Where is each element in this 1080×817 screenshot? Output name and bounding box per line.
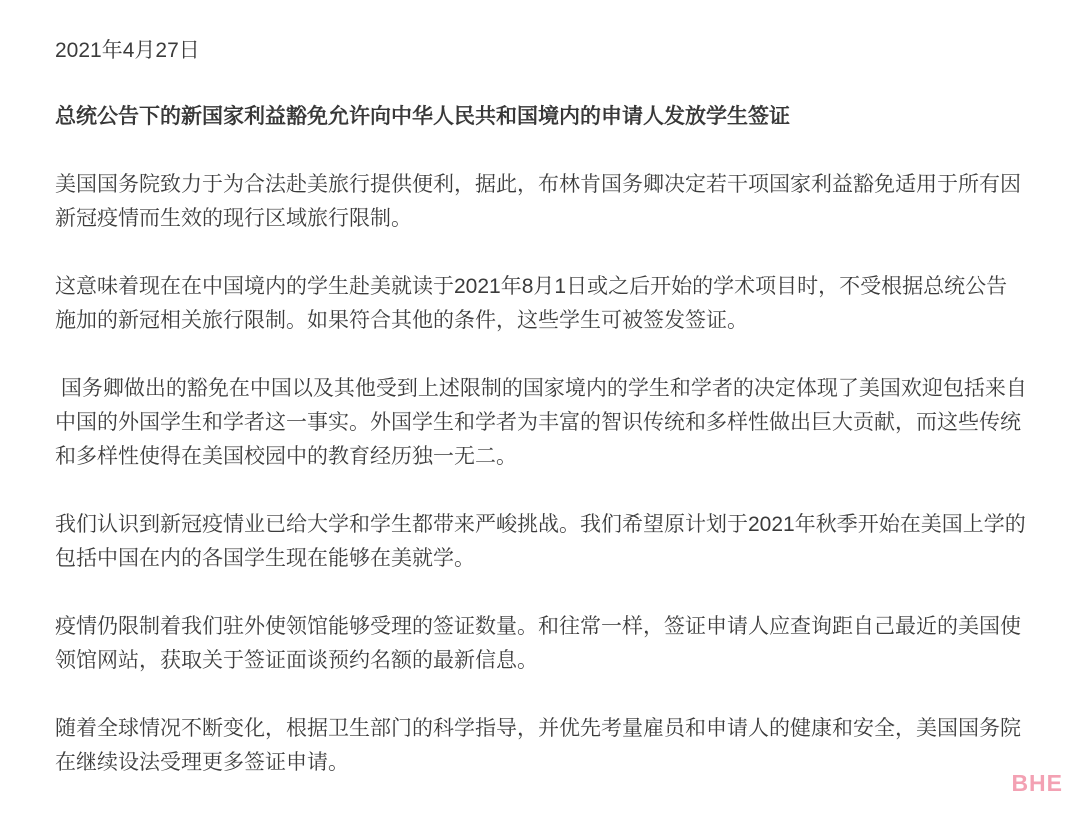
paragraph-5: 疫情仍限制着我们驻外使领馆能够受理的签证数量。和往常一样，签证申请人应查询距自己… [55, 610, 1028, 678]
bhe-watermark-logo: BHE [1011, 770, 1063, 797]
paragraph-6: 随着全球情况不断变化，根据卫生部门的科学指导，并优先考量雇员和申请人的健康和安全… [55, 712, 1028, 780]
document-title: 总统公告下的新国家利益豁免允许向中华人民共和国境内的申请人发放学生签证 [55, 100, 1028, 134]
paragraph-1: 美国国务院致力于为合法赴美旅行提供便利，据此，布林肯国务卿决定若干项国家利益豁免… [55, 168, 1028, 236]
paragraph-3: 国务卿做出的豁免在中国以及其他受到上述限制的国家境内的学生和学者的决定体现了美国… [55, 372, 1028, 474]
document-page: 2021年4月27日 总统公告下的新国家利益豁免允许向中华人民共和国境内的申请人… [0, 0, 1080, 817]
paragraph-4: 我们认识到新冠疫情业已给大学和学生都带来严峻挑战。我们希望原计划于2021年秋季… [55, 508, 1028, 576]
paragraph-2: 这意味着现在在中国境内的学生赴美就读于2021年8月1日或之后开始的学术项目时，… [55, 270, 1028, 338]
document-date: 2021年4月27日 [55, 34, 1028, 68]
